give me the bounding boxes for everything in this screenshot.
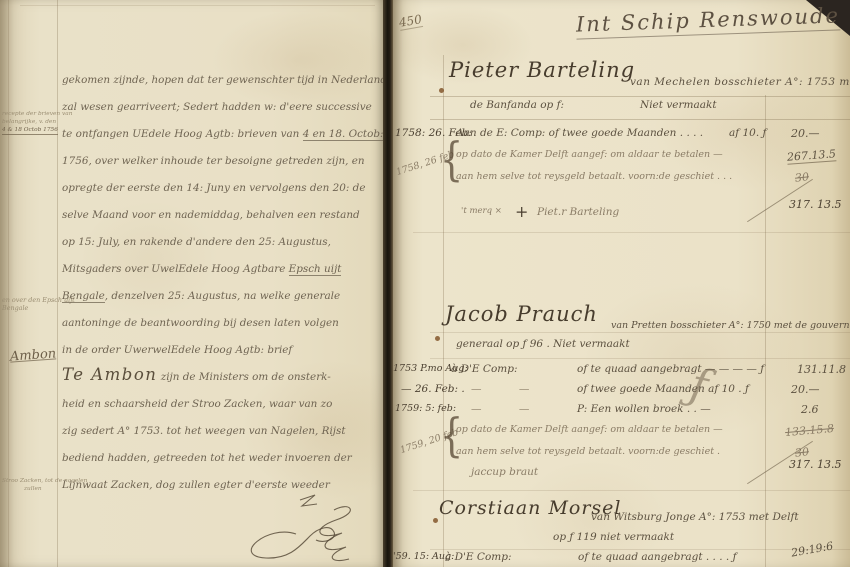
row-text: of te quaad aangebragt — — — — ƒ: [577, 363, 764, 375]
body-line: bediend hadden, getreeden tot het weder …: [62, 445, 378, 472]
entry-subtitle: de Banfanda op f:: [470, 99, 564, 111]
row-amount: 20.—: [791, 127, 820, 140]
signature-row: 't merq × + Piet.r Barteling: [393, 206, 850, 226]
entry-name-suffix: van Mechelen bosschieter A°: 1753 met: [630, 76, 850, 88]
body-line: opregte der eerste den 14: Juny en vervo…: [62, 175, 378, 202]
margin-note-ambon: Ambon: [10, 350, 57, 362]
line-text: Mitsgaders over UwelEdele Hoog Agtbare: [62, 263, 289, 275]
entry-subtitle: op ƒ 119 niet vermaakt: [553, 531, 674, 543]
manuscript-scan: recepte der brieven van belangrijke, v. …: [0, 0, 850, 567]
body-line: Bengale, denzelven 25: Augustus, na welk…: [62, 283, 378, 310]
entry-row: '59. 15: Aug: à D'E Comp: of te quaad aa…: [393, 551, 850, 567]
page-number: 450: [398, 12, 423, 31]
line-text: selve Maand voor en nademiddag, behalven…: [62, 209, 360, 221]
entry-name-suffix: van Witsburg Jonge A°: 1753 met Delft: [591, 511, 799, 523]
entry-row: 1753 P.mo Aug: à D'E Comp: of te quaad a…: [393, 363, 850, 379]
row-text: of twee goede Maanden af 10 . ƒ: [577, 383, 749, 395]
entry-name: Pieter Barteling: [449, 58, 635, 82]
left-page-body-text: gekomen zijnde, hopen dat ter gewenschte…: [62, 67, 378, 499]
ink-dot: [435, 336, 440, 341]
row-text: aan hem selve tot reysgeld betaalt. voor…: [456, 171, 732, 182]
line-text: aantoninge de beantwoording bij desen la…: [62, 317, 339, 329]
line-text: , denzelven 25: Augustus, na welke gener…: [105, 290, 340, 302]
row-text: aan hem selve tot reysgeld betaalt. voor…: [456, 446, 720, 457]
line-text: in de order UwerwelEdele Hoog Agtb: brie…: [62, 344, 292, 356]
ambon-lead-text: Te Ambon: [62, 365, 157, 384]
right-page: 450 Int Schip Renswoude Pieter Barteling…: [393, 0, 850, 567]
underlined-text: Epsch uijt: [289, 263, 342, 276]
row-text: op dato de Kamer Delft aangef: om aldaar…: [456, 149, 723, 160]
body-line: op 15: July, en rakende d'andere den 25:…: [62, 229, 378, 256]
rule-line: [413, 232, 850, 233]
cross-mark-icon: +: [515, 202, 528, 221]
row-mid: à D'E Comp:: [445, 551, 511, 563]
row-amount: 2.6: [801, 403, 819, 416]
underlined-text: Bengale: [62, 290, 105, 303]
row-amount: 29:19:6: [790, 539, 834, 559]
line-text: opregte der eerste den 14: Juny en vervo…: [62, 182, 365, 194]
row-mid: à D'E Comp:: [451, 363, 517, 375]
row-leader-dashes: — —: [471, 383, 529, 395]
rule-line: [430, 358, 850, 359]
rule-line: [430, 96, 850, 97]
ink-dot: [439, 88, 444, 93]
rule-line: [413, 490, 850, 491]
amount-column-rule: [765, 95, 766, 567]
margin-note-line: Ambon: [10, 350, 57, 362]
ship-header: Int Schip Renswoude: [576, 3, 841, 39]
entry-subtitle: Niet vermaakt: [640, 99, 717, 111]
underlined-text: 4 en 18. Octob:: [303, 128, 384, 141]
page-gutter: [383, 0, 393, 567]
row-tail: af 10. ƒ: [729, 127, 766, 139]
row-amount: 20.—: [791, 383, 820, 396]
rule-line: [430, 549, 850, 550]
page-edge-line: [20, 5, 375, 6]
line-text: te ontfangen UEdele Hoog Agtb: brieven v…: [62, 128, 303, 140]
margin-note-underlined-date: 4 & 18 Octob 1756: [2, 126, 58, 135]
signature-name: jaccup braut: [471, 466, 538, 478]
entry-row: aan hem selve tot reysgeld betaalt. voor…: [393, 171, 850, 187]
body-line: gekomen zijnde, hopen dat ter gewenschte…: [62, 67, 378, 94]
row-text: op dato de Kamer Delft aangef: om aldaar…: [456, 424, 723, 435]
row-date: — 26. Feb: .: [401, 383, 465, 395]
line-text: bediend hadden, getreeden tot het weder …: [62, 452, 352, 464]
line-text: gekomen zijnde, hopen dat ter gewenschte…: [62, 74, 387, 86]
body-line: selve Maand voor en nademiddag, behalven…: [62, 202, 378, 229]
ink-dot: [433, 518, 438, 523]
body-line: Mitsgaders over UwelEdele Hoog Agtbare E…: [62, 256, 378, 283]
entry-name-suffix: van Pretten bosschieter A°: 1750 met de …: [611, 320, 850, 331]
line-text: zijn de Ministers om de onsterk-: [157, 371, 330, 383]
line-text: heid en schaarsheid der Stroo Zacken, wa…: [62, 398, 332, 410]
row-text: of te quaad aangebragt . . . . ƒ: [578, 551, 736, 563]
line-text: op 15: July, en rakende d'andere den 25:…: [62, 236, 331, 248]
row-amount: 267.13.5: [787, 147, 837, 164]
body-line: 1756, over welker inhoude ter besoigne g…: [62, 148, 378, 175]
body-line: Te Ambon zijn de Ministers om de onsterk…: [62, 364, 378, 391]
entry-total: 317. 13.5: [789, 458, 841, 471]
row-amount-struck: 133.15.8: [785, 422, 835, 439]
body-line: zig sedert A° 1753. tot het weegen van N…: [62, 418, 378, 445]
line-text: zal wesen gearriveert; Sedert hadden w: …: [62, 101, 372, 113]
entry-subtitle: generaal op ƒ 96 . Niet vermaakt: [456, 338, 630, 350]
entry-row: — 26. Feb: . — — of twee goede Maanden a…: [393, 383, 850, 399]
entry-name: Jacob Prauch: [445, 302, 598, 326]
line-text: Lijnwaat Zacken, dog zullen egter d'eers…: [62, 479, 330, 491]
signature-name: Piet.r Barteling: [537, 206, 619, 218]
entry-row: op dato de Kamer Delft aangef: om aldaar…: [393, 424, 850, 440]
body-line: heid en schaarsheid der Stroo Zacken, wa…: [62, 391, 378, 418]
rule-line: [430, 119, 850, 120]
body-line: aantoninge de beantwoording bij desen la…: [62, 310, 378, 337]
signature-mark-label: 't merq ×: [461, 206, 502, 216]
row-amount: 131.11.8: [797, 363, 846, 376]
left-page: recepte der brieven van belangrijke, v. …: [0, 0, 383, 567]
body-line: in de order UwerwelEdele Hoog Agtb: brie…: [62, 337, 378, 364]
entry-row: op dato de Kamer Delft aangef: om aldaar…: [393, 149, 850, 165]
line-text: zig sedert A° 1753. tot het weegen van N…: [62, 425, 346, 437]
flourish-paraph: [238, 492, 368, 564]
rule-line: [430, 332, 850, 333]
row-text: Aan de E: Comp: of twee goede Maanden . …: [456, 127, 703, 139]
line-text: 1756, over welker inhoude ter besoigne g…: [62, 155, 365, 167]
body-line: te ontfangen UEdele Hoog Agtb: brieven v…: [62, 121, 378, 148]
body-line: zal wesen gearriveert; Sedert hadden w: …: [62, 94, 378, 121]
row-leader-dashes: — —: [471, 403, 529, 415]
